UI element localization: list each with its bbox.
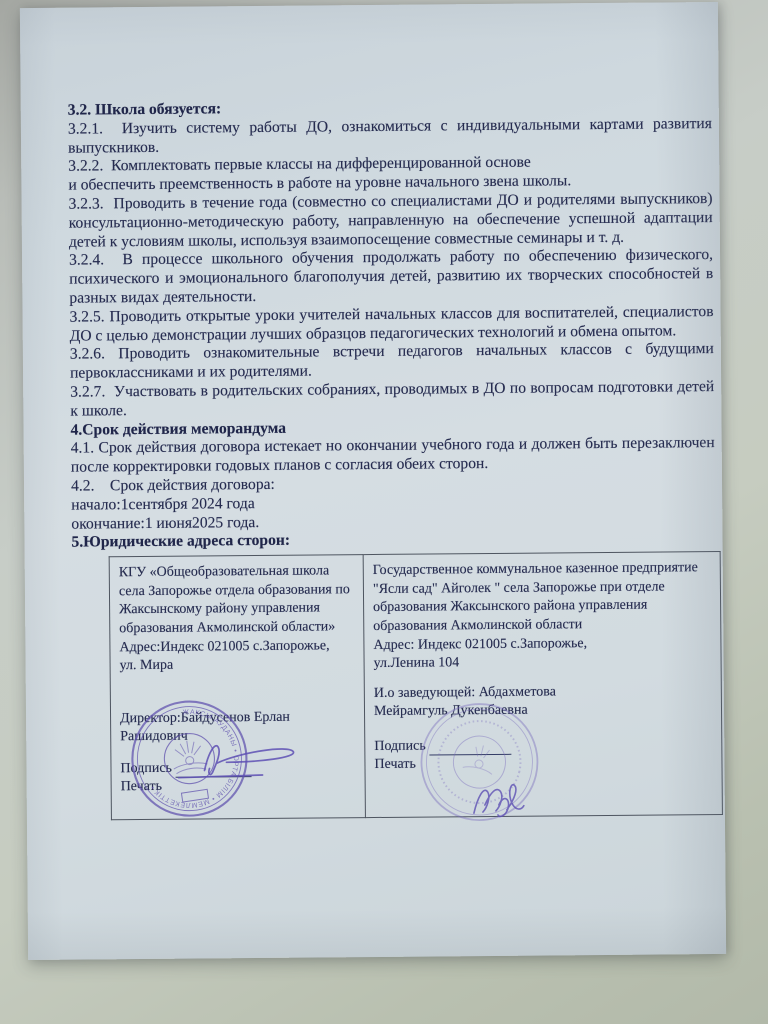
school-signature-row: Подпись xyxy=(120,758,355,779)
signature-label: Подпись xyxy=(374,738,426,753)
school-director-name: Директор:Байдусенов Ерлан Рашидович xyxy=(120,708,355,747)
paragraph-3-2-3: 3.2.3. Проводить в течение года (совмест… xyxy=(68,190,712,252)
signature-label: Подпись xyxy=(120,761,172,776)
paragraph-3-2-7: 3.2.7. Участвовать в родительских собран… xyxy=(70,378,714,421)
table-row: КГУ «Общеобразовательная школа села Запо… xyxy=(109,552,722,820)
legal-addresses-table: КГУ «Общеобразовательная школа села Запо… xyxy=(109,551,723,820)
kindergarten-head-name-line2: Мейрамгуль Дукенбаевна xyxy=(374,700,712,722)
seal-label: Печать xyxy=(374,754,712,776)
signature-line xyxy=(430,741,512,756)
signature-line xyxy=(176,764,252,779)
school-party-cell: КГУ «Общеобразовательная школа села Запо… xyxy=(109,555,365,820)
kindergarten-party-cell: Государственное коммунальное казенное пр… xyxy=(363,552,722,818)
paragraph-3-2-1: 3.2.1. Изучить систему работы ДО, ознако… xyxy=(68,115,712,158)
kindergarten-address-line2: ул.Ленина 104 xyxy=(374,652,712,674)
school-org-name: КГУ «Общеобразовательная школа села Запо… xyxy=(119,562,355,638)
document-paper: 3.2. Школа обязуется: 3.2.1. Изучить сис… xyxy=(20,2,726,960)
paragraph-3-2-4: 3.2.4. В процессе школьного обучения про… xyxy=(69,246,713,308)
kindergarten-org-name: Государственное коммунальное казенное пр… xyxy=(373,559,712,636)
paragraph-4-1: 4.1. Срок действия договора истекает но … xyxy=(71,434,715,477)
paragraph-3-2-5: 3.2.5. Проводить открытые уроки учителей… xyxy=(69,303,713,346)
document-text: 3.2. Школа обязуется: 3.2.1. Изучить сис… xyxy=(68,96,718,821)
seal-label: Печать xyxy=(121,777,356,798)
photo-background: 3.2. Школа обязуется: 3.2.1. Изучить сис… xyxy=(0,0,768,1024)
school-address-line2: ул. Мира xyxy=(120,655,355,676)
school-address-line1: Адрес:Индекс 021005 с.Запорожье, xyxy=(119,637,354,658)
paragraph-3-2-6: 3.2.6. Проводить ознакомительные встречи… xyxy=(70,340,714,383)
